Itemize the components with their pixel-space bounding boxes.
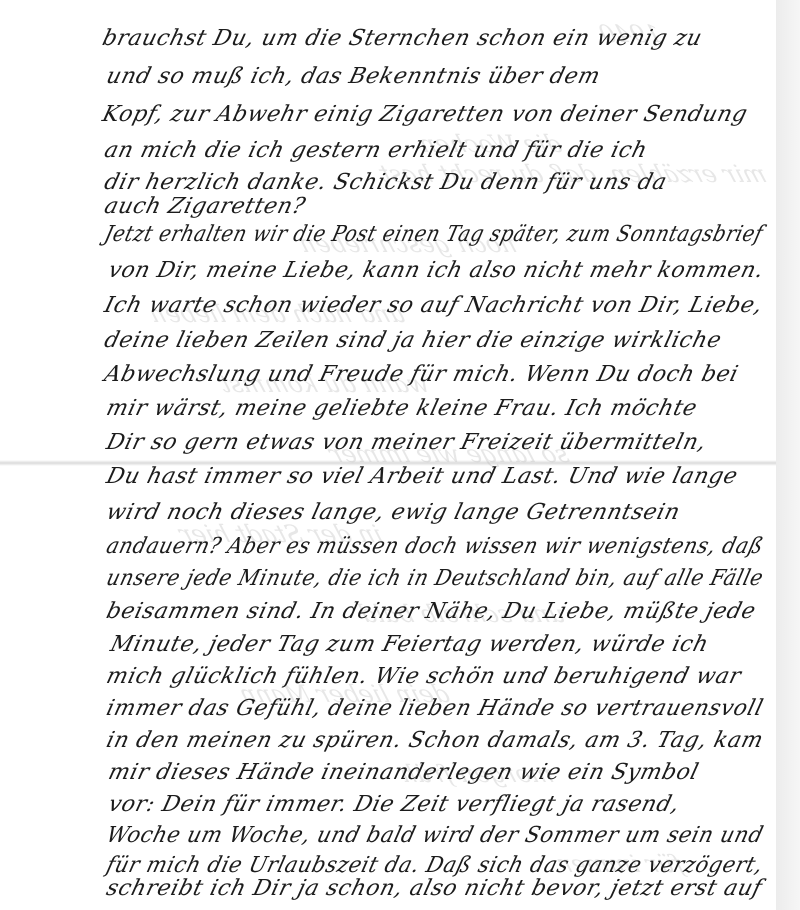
letter-line: Ich warte schon wieder so auf Nachricht … <box>102 295 765 317</box>
letter-line: Jetzt erhalten wir die Post einen Tag sp… <box>102 224 765 246</box>
letter-line: Minute, jeder Tag zum Feiertag werden, w… <box>108 634 711 656</box>
letter-line: an mich die ich gestern erhielt und für … <box>102 140 649 162</box>
letter-line: Du hast immer so viel Arbeit und Last. U… <box>104 466 740 488</box>
letter-line: vor: Dein für immer. Die Zeit verfliegt … <box>106 794 682 816</box>
letter-line: wird noch dieses lange, ewig lange Getre… <box>104 502 682 524</box>
scan-margin <box>776 0 800 910</box>
letter-line: mir wärst, meine geliebte kleine Frau. I… <box>104 398 699 420</box>
letter-line: und so muß ich, das Bekenntnis über dem <box>104 66 603 88</box>
letter-line: beisammen sind. In deiner Nähe, Du Liebe… <box>104 601 758 623</box>
letter-line: mir dieses Hände ineinanderlegen wie ein… <box>106 762 701 784</box>
letter-line: für mich die Urlaubszeit da. Daß sich da… <box>104 855 765 877</box>
letter-body: brauchst Du, um die Sternchen schon ein … <box>0 0 776 910</box>
letter-line: Woche um Woche, und bald wird der Sommer… <box>104 825 766 847</box>
letter-line: unsere jede Minute, die ich in Deutschla… <box>104 568 765 590</box>
letter-line: Dir so gern etwas von meiner Freizeit üb… <box>104 432 708 454</box>
letter-line: immer das Gefühl, deine lieben Hände so … <box>104 698 765 720</box>
letter-line: deine lieben Zeilen sind ja hier die ein… <box>102 330 724 352</box>
letter-line: von Dir, meine Liebe, kann ich also nich… <box>106 260 766 282</box>
letter-line: andauern? Aber es müssen doch wissen wir… <box>104 536 766 558</box>
letter-line: schreibt ich Dir ja schon, also nicht be… <box>104 878 764 900</box>
letter-line: in den meinen zu spüren. Schon damals, a… <box>104 730 766 752</box>
letter-line: Abwechslung und Freude für mich. Wenn Du… <box>102 364 741 386</box>
letter-line: Kopf, zur Abwehr einig Zigaretten von de… <box>100 104 750 126</box>
letter-line: brauchst Du, um die Sternchen schon ein … <box>100 28 704 50</box>
letter-line: auch Zigaretten? <box>102 196 308 218</box>
letter-line: mich glücklich fühlen. Wie schön und ber… <box>104 666 743 688</box>
letter-line: dir herzlich danke. Schickst Du denn für… <box>102 172 669 194</box>
